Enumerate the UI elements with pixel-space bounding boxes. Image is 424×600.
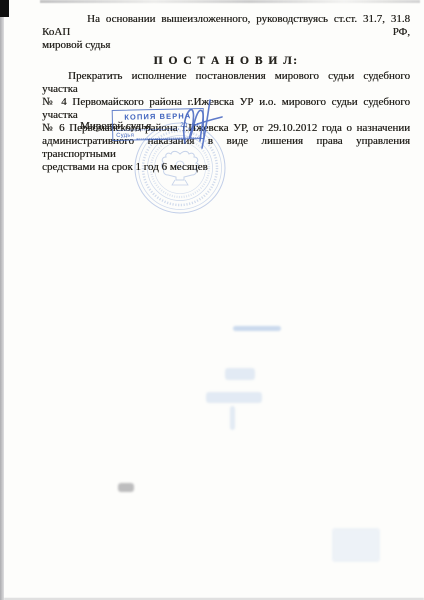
bleedthrough-smudge [332,528,380,562]
bleedthrough-smudge [230,406,235,430]
ruling-heading: П О С Т А Н О В И Л: [42,55,410,68]
bleedthrough-smudge [206,392,262,403]
scan-corner-mark [0,0,9,17]
scan-edge-strip [0,0,4,600]
text-line: На основании вышеизложенного, руководств… [42,13,410,39]
scan-speck [118,483,134,492]
scan-top-smudge [40,0,420,3]
text-line: средствами на срок 1 год 6 месяцев [42,161,410,174]
handwritten-signature-icon [178,96,228,152]
bleedthrough-smudge [233,326,281,331]
scanned-document-page: На основании вышеизложенного, руководств… [0,0,424,600]
stamp-judge-label: Судья [116,132,134,139]
text-line: мировой судья [42,39,410,52]
text-line: Прекратить исполнение постановления миро… [42,70,410,96]
bleedthrough-smudge [225,368,255,380]
stamp-dotted-line [116,121,179,130]
